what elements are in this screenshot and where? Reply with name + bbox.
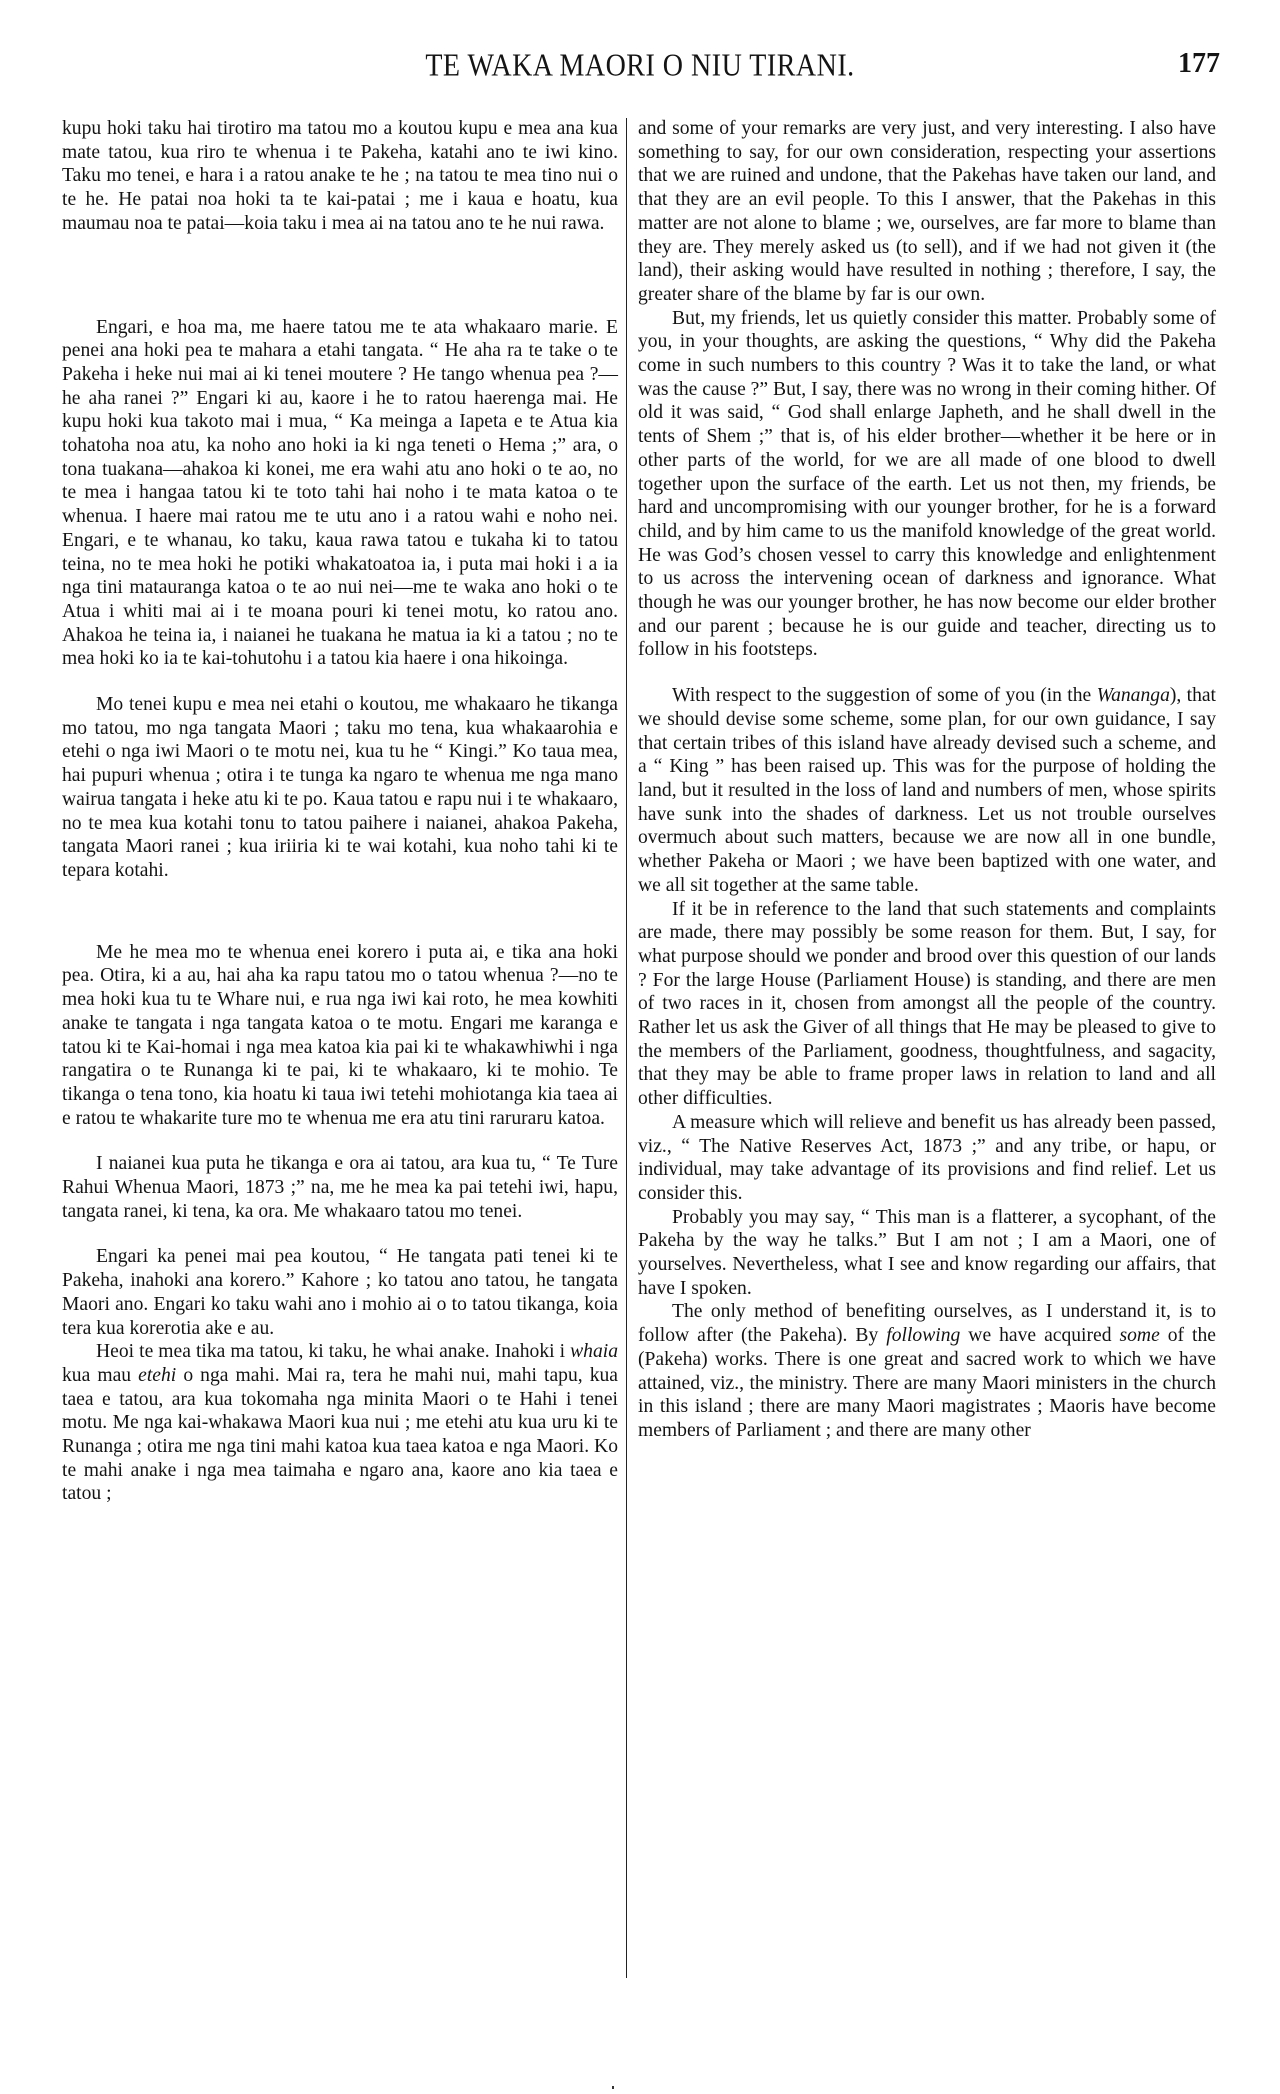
paragraph: But, my friends, let us quietly consider…: [638, 307, 1216, 663]
paragraph: Me he mea mo te whenua enei korero i put…: [62, 941, 618, 1131]
italic-term: etehi: [138, 1365, 176, 1386]
english-column: and some of your remarks are very just, …: [638, 117, 1216, 1443]
text-run: ), that we should devise some scheme, so…: [638, 685, 1216, 896]
italic-term: following: [886, 1325, 960, 1346]
paragraph: I naianei kua puta he tikanga e ora ai t…: [62, 1152, 618, 1223]
print-speck: [612, 2086, 614, 2089]
text-run: we have acquired: [960, 1325, 1119, 1346]
paragraph-with-italics: The only method of benefiting ourselves,…: [638, 1300, 1216, 1442]
paragraph: and some of your remarks are very just, …: [638, 117, 1216, 307]
paragraph: Mo tenei kupu e mea nei etahi o koutou, …: [62, 693, 618, 883]
maori-column: kupu hoki taku hai tirotiro ma tatou mo …: [62, 117, 618, 1506]
italic-term: Wananga: [1097, 685, 1170, 706]
page-number: 177: [1178, 48, 1220, 80]
paragraph: If it be in reference to the land that s…: [638, 898, 1216, 1111]
paragraph: Engari ka penei mai pea koutou, “ He tan…: [62, 1245, 618, 1340]
paragraph: A measure which will relieve and benefit…: [638, 1111, 1216, 1206]
paragraph-with-italics: With respect to the suggestion of some o…: [638, 684, 1216, 897]
text-run: Heoi te mea tika ma tatou, ki taku, he w…: [96, 1341, 570, 1362]
text-run: With respect to the suggestion of some o…: [672, 685, 1097, 706]
publication-title: TE WAKA MAORI O NIU TIRANI.: [0, 48, 1280, 85]
running-header: TE WAKA MAORI O NIU TIRANI. 177: [0, 48, 1280, 88]
paragraph: kupu hoki taku hai tirotiro ma tatou mo …: [62, 117, 618, 236]
paragraph: Engari, e hoa ma, me haere tatou me te a…: [62, 316, 618, 672]
text-run: kua mau: [62, 1365, 138, 1386]
paragraph-with-italics: Heoi te mea tika ma tatou, ki taku, he w…: [62, 1340, 618, 1506]
newspaper-page: TE WAKA MAORI O NIU TIRANI. 177 kupu hok…: [0, 0, 1280, 2094]
italic-term: whaia: [570, 1341, 618, 1362]
italic-term: some: [1120, 1325, 1160, 1346]
paragraph: Probably you may say, “ This man is a fl…: [638, 1206, 1216, 1301]
column-divider: [626, 118, 627, 1978]
